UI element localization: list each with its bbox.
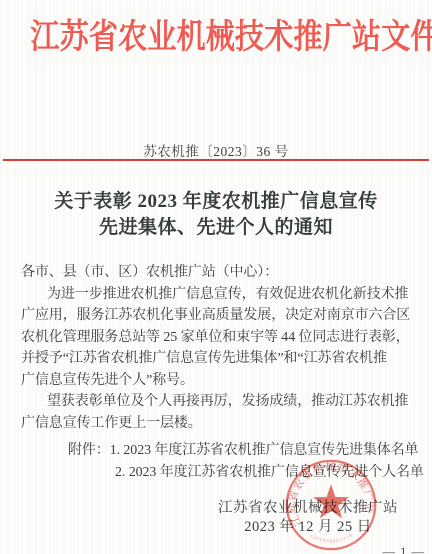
signature-org: 江苏省农业机械技术推广站 [218, 499, 398, 518]
body-line: 望获表彰单位及个人再接再厉，发扬成绩，推动江苏农机推 [21, 391, 413, 413]
document-body: 各市、县（市、区）农机推广站（中心）： 为进一步推进农机推广信息宣传，有效促进农… [21, 262, 413, 483]
body-line: 为进一步推进农机推广信息宣传，有效促进农机化新技术推 [21, 284, 413, 306]
body-line: 广信息宣传先进个人”称号。 [21, 370, 413, 392]
document-reference-number: 苏农机推〔2023〕36 号 [0, 140, 432, 160]
page-number: — 1 — [383, 545, 426, 554]
attachment-list: 附件：1. 2023 年度江苏省农机推广信息宣传先进集体名单 2. 2023 年… [21, 440, 413, 483]
salutation-line: 各市、县（市、区）农机推广站（中心）： [21, 262, 413, 284]
attachment-item-1-text: 1. 2023 年度江苏省农机推广信息宣传先进集体名单 [110, 443, 419, 458]
attachment-item-1: 附件：1. 2023 年度江苏省农机推广信息宣传先进集体名单 [21, 440, 413, 462]
document-title: 关于表彰 2023 年度农机推广信息宣传 先进集体、先进个人的通知 [0, 189, 432, 241]
attachment-label: 附件： [68, 443, 110, 458]
attachment-item-2: 2. 2023 年度江苏省农机推广信息宣传先进个人名单 [21, 462, 413, 484]
body-line: 农机化管理服务总站等 25 家单位和束宇等 44 位同志进行表彰， [21, 327, 413, 349]
letterhead-title: 江苏省农业机械技术推广站文件 [30, 16, 402, 60]
red-divider-rule [3, 159, 429, 161]
signature-block: 江苏省农业机械技术推广站 2023 年 12 月 25 日 [218, 499, 398, 537]
body-line: 广信息宣传工作更上一层楼。 [21, 413, 413, 435]
body-line: 广应用，服务江苏农机化事业高质量发展，决定对南京市六合区 [21, 305, 413, 327]
document-title-line1: 关于表彰 2023 年度农机推广信息宣传 [0, 189, 432, 215]
scanned-official-document: 江苏省农业机械技术推广站文件 苏农机推〔2023〕36 号 关于表彰 2023 … [0, 0, 432, 554]
signature-date: 2023 年 12 月 25 日 [218, 518, 398, 537]
document-title-line2: 先进集体、先进个人的通知 [0, 215, 432, 241]
body-line: 并授予“江苏省农机推广信息宣传先进集体”和“江苏省农机推 [21, 348, 413, 370]
